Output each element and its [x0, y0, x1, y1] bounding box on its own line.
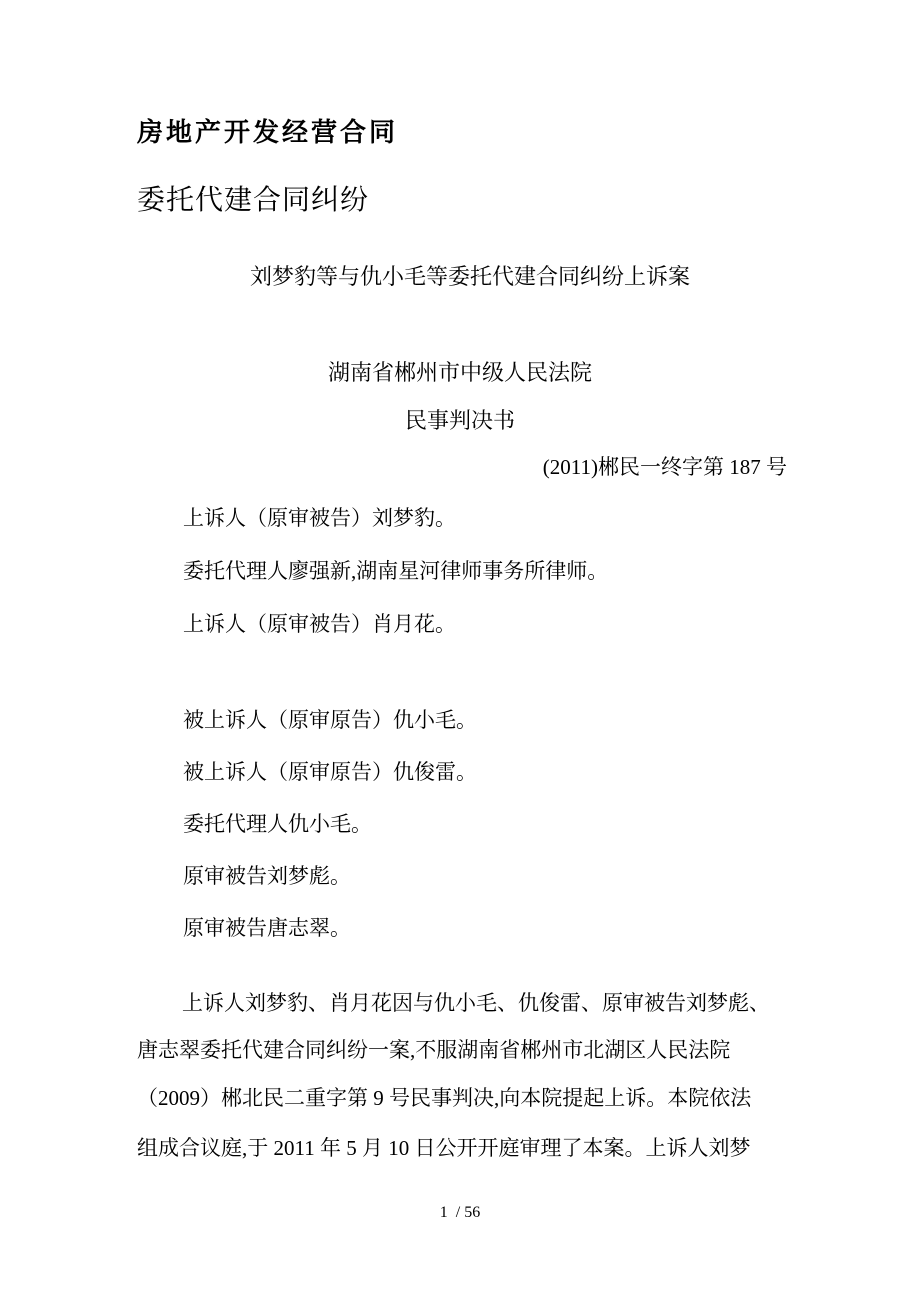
document-page: 房地产开发经营合同 委托代建合同纠纷 刘梦豹等与仇小毛等委托代建合同纠纷上诉案 … [0, 0, 920, 1302]
document-type: 民事判决书 [0, 408, 920, 433]
footer-divider: / [456, 1204, 460, 1222]
party-line-appellant-2: 上诉人（原审被告）肖月花。 [183, 612, 456, 636]
party-line-agent-1: 委托代理人廖强新,湖南星河律师事务所律师。 [183, 559, 608, 583]
party-line-original-defendant-1: 原审被告刘梦彪。 [183, 864, 351, 888]
category-heading: 房地产开发经营合同 [137, 118, 398, 148]
court-name: 湖南省郴州市中级人民法院 [0, 360, 920, 385]
party-line-appellant-1: 上诉人（原审被告）刘梦豹。 [183, 506, 456, 530]
party-line-agent-2: 委托代理人仇小毛。 [183, 812, 372, 836]
party-line-appellee-1: 被上诉人（原审原告）仇小毛。 [183, 708, 477, 732]
case-title: 刘梦豹等与仇小毛等委托代建合同纠纷上诉案 [20, 264, 920, 289]
subcategory-heading: 委托代建合同纠纷 [137, 184, 369, 216]
page-footer: 1/56 [0, 1204, 920, 1222]
body-paragraph-line-2: 唐志翠委托代建合同纠纷一案,不服湖南省郴州市北湖区人民法院 [137, 1038, 730, 1062]
body-paragraph-line-3: （2009）郴北民二重字第 9 号民事判决,向本院提起上诉。本院依法 [137, 1086, 751, 1110]
party-line-original-defendant-2: 原审被告唐志翠。 [183, 916, 351, 940]
footer-total-pages: 56 [464, 1204, 480, 1222]
body-paragraph-line-1: 上诉人刘梦豹、肖月花因与仇小毛、仇俊雷、原审被告刘梦彪、 [182, 991, 770, 1015]
footer-current-page: 1 [440, 1204, 448, 1222]
party-line-appellee-2: 被上诉人（原审原告）仇俊雷。 [183, 760, 477, 784]
case-number: (2011)郴民一终字第 187 号 [543, 455, 787, 479]
body-paragraph-line-4: 组成合议庭,于 2011 年 5 月 10 日公开开庭审理了本案。上诉人刘梦 [137, 1136, 750, 1160]
